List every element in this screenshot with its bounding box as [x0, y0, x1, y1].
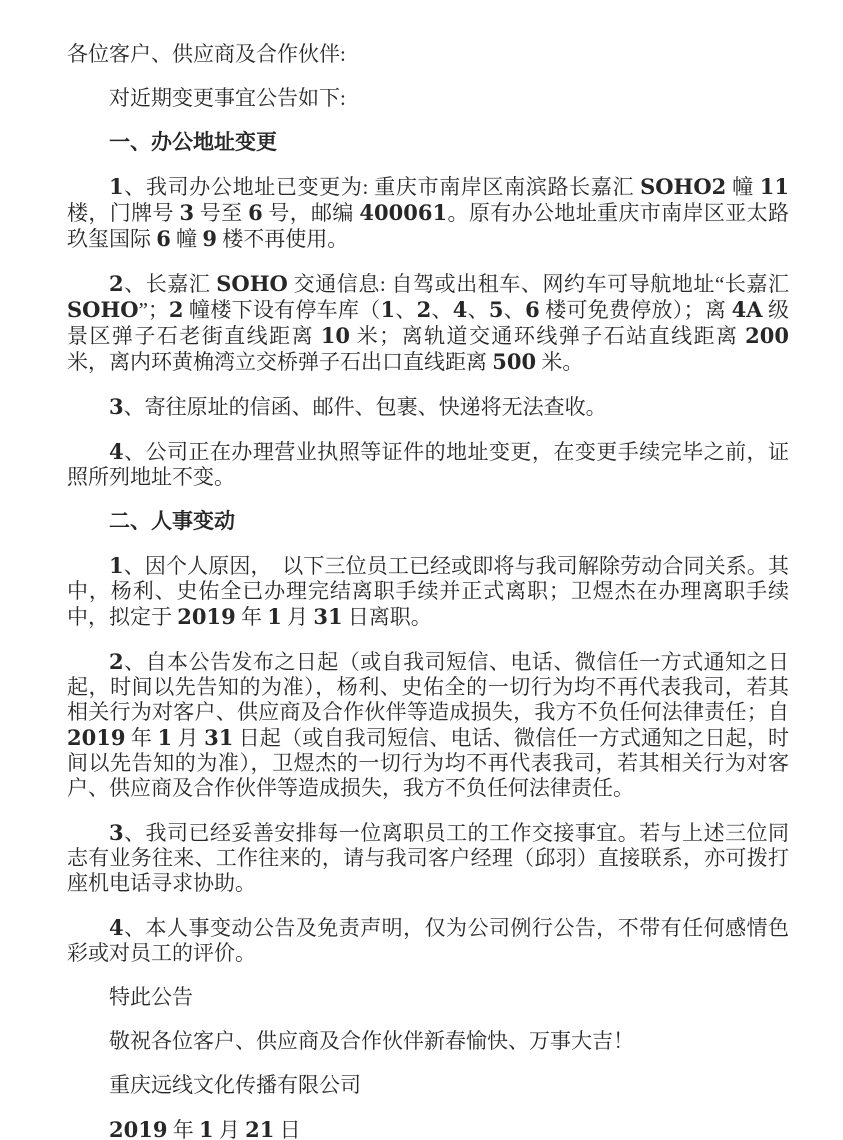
section-heading-personnel-changes: 二、人事变动 [67, 509, 789, 534]
office-address-item-1: 1、我司办公地址已变更为: 重庆市南岸区南滨路长嘉汇 SOHO2 幢 11 楼，… [67, 174, 789, 252]
new-year-wishes: 敬祝各位客户、供应商及合作伙伴新春愉快、万事大吉！ [67, 1029, 789, 1054]
company-signature: 重庆远线文化传播有限公司 [67, 1073, 789, 1098]
personnel-item-4: 4、本人事变动公告及免责声明，仅为公司例行公告，不带有任何感情色彩或对员工的评价… [67, 915, 789, 966]
personnel-item-2: 2、自本公告发布之日起（或自我司短信、电话、微信任一方式通知之日起，时间以先告知… [67, 649, 789, 801]
salutation: 各位客户、供应商及合作伙伴: [67, 42, 789, 67]
office-address-item-4: 4、公司正在办理营业执照等证件的地址变更，在变更手续完毕之前，证照所列地址不变。 [67, 439, 789, 490]
notice-document: 各位客户、供应商及合作伙伴: 对近期变更事宜公告如下: 一、办公地址变更 1、我… [0, 0, 843, 1140]
personnel-item-1: 1、因个人原因， 以下三位员工已经或即将与我司解除劳动合同关系。其中，杨利、史佑… [67, 553, 789, 630]
signature-date: 2019 年 1 月 21 日 [67, 1117, 789, 1140]
closing-statement: 特此公告 [67, 985, 789, 1010]
section-heading-office-address-change: 一、办公地址变更 [67, 130, 789, 155]
intro-line: 对近期变更事宜公告如下: [67, 86, 789, 111]
personnel-item-3: 3、我司已经妥善安排每一位离职员工的工作交接事宜。若与上述三位同志有业务往来、工… [67, 820, 789, 896]
office-address-item-2: 2、长嘉汇 SOHO 交通信息: 自驾或出租车、网约车可导航地址“长嘉汇 SOH… [67, 271, 789, 375]
office-address-item-3: 3、寄往原址的信函、邮件、包裹、快递将无法查收。 [67, 394, 789, 420]
